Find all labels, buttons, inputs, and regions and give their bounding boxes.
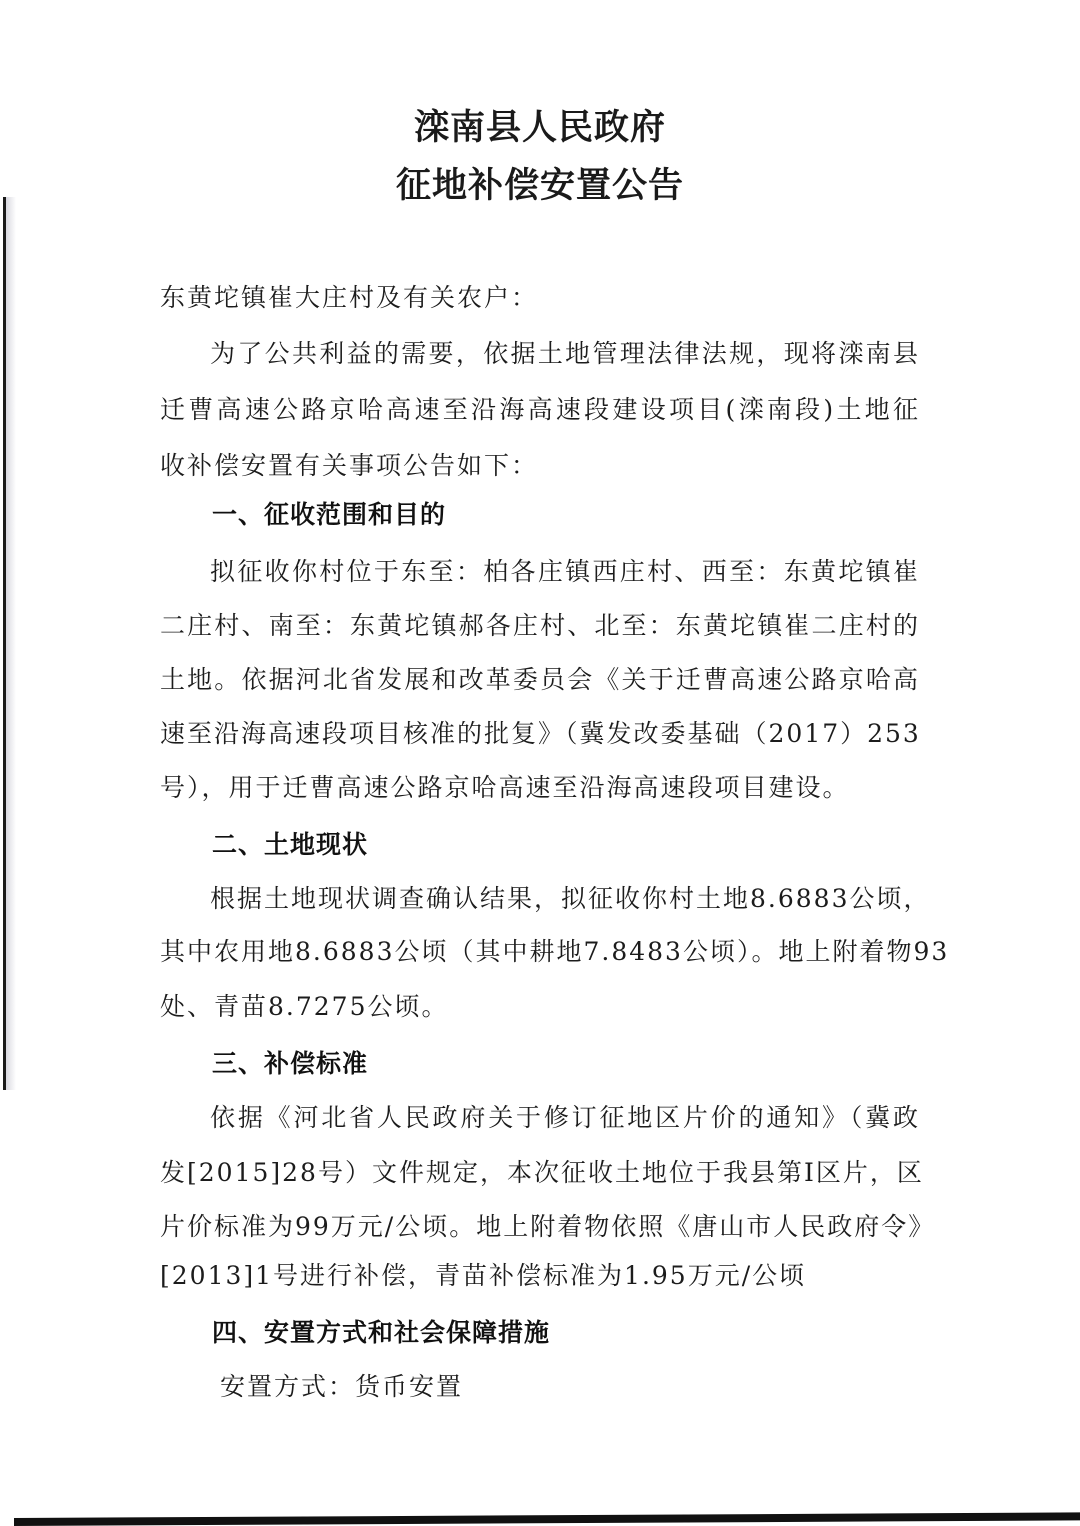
- scan-edge-shadow: [6, 197, 16, 1090]
- paragraph-line: 速至沿海高速段项目核准的批复》（冀发改委基础（2017）253: [160, 716, 920, 752]
- section-heading-scope: 一、征收范围和目的: [212, 497, 446, 533]
- paragraph-line: 依据《河北省人民政府关于修订征地区片价的通知》（冀政: [210, 1100, 920, 1136]
- paragraph-line: 发[2015]28号）文件规定，本次征收土地位于我县第Ⅰ区片，区: [160, 1155, 920, 1191]
- section-heading-resettlement: 四、安置方式和社会保障措施: [212, 1315, 550, 1351]
- paragraph-line: 处、青苗8.7275公顷。: [160, 989, 920, 1025]
- document-title: 滦南县人民政府 征地补偿安置公告: [0, 100, 1080, 214]
- title-subject: 征地补偿安置公告: [0, 158, 1080, 214]
- intro-line: 迁曹高速公路京哈高速至沿海高速段建设项目(滦南段)土地征: [160, 392, 920, 428]
- salutation: 东黄坨镇崔大庄村及有关农户：: [160, 280, 920, 316]
- title-issuer: 滦南县人民政府: [0, 100, 1080, 156]
- paragraph-line: 号），用于迁曹高速公路京哈高速至沿海高速段项目建设。: [160, 770, 920, 806]
- paragraph-line: 土地。依据河北省发展和改革委员会《关于迁曹高速公路京哈高: [160, 662, 920, 698]
- paragraph-line: 片价标准为99万元/公顷。地上附着物依照《唐山市人民政府令》: [160, 1209, 920, 1245]
- paragraph-line: 二庄村、南至：东黄坨镇郝各庄村、北至：东黄坨镇崔二庄村的: [160, 608, 920, 644]
- paragraph-line: 根据土地现状调查确认结果，拟征收你村土地8.6883公顷，: [210, 881, 920, 917]
- paragraph-line: 其中农用地8.6883公顷（其中耕地7.8483公顷）。地上附着物93: [160, 934, 920, 970]
- paragraph-line: [2013]1号进行补偿，青苗补偿标准为1.95万元/公顷: [160, 1258, 920, 1294]
- paragraph-line: 安置方式：货币安置: [220, 1369, 980, 1405]
- section-heading-land-status: 二、土地现状: [212, 827, 368, 863]
- scan-edge-bottom: [14, 1512, 1080, 1526]
- intro-line: 为了公共利益的需要，依据土地管理法律法规，现将滦南县: [210, 336, 920, 372]
- paragraph-line: 拟征收你村位于东至：柏各庄镇西庄村、西至：东黄坨镇崔: [210, 554, 920, 590]
- intro-line: 收补偿安置有关事项公告如下：: [160, 448, 920, 484]
- section-heading-compensation: 三、补偿标准: [212, 1046, 368, 1082]
